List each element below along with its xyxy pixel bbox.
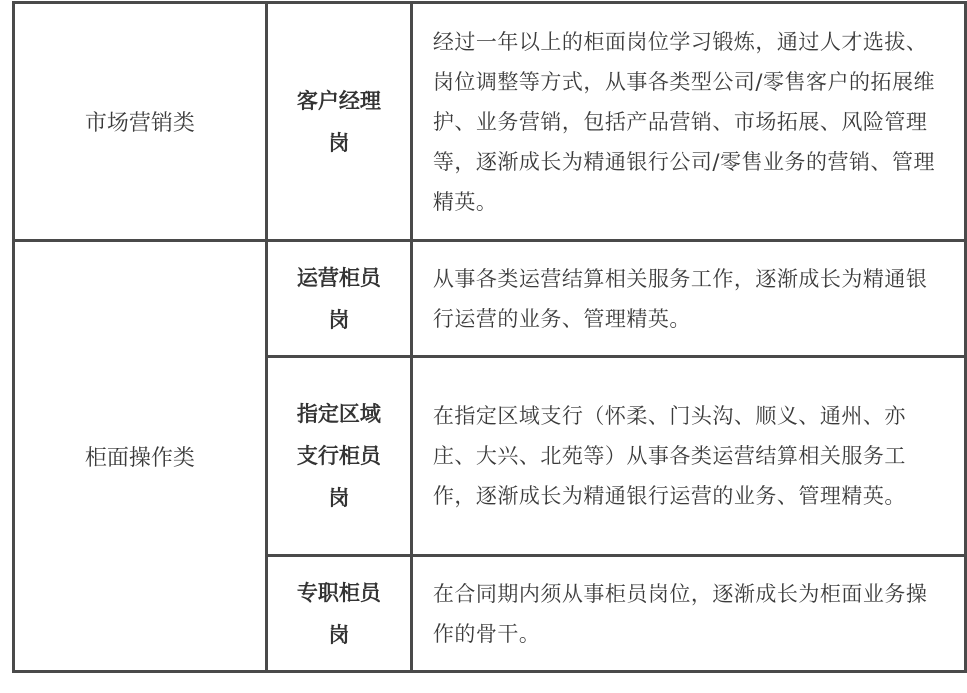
post-name-line: 岗 <box>268 299 410 341</box>
post-name-line: 运营柜员 <box>268 257 410 299</box>
description-cell: 在合同期内须从事柜员岗位，逐渐成长为柜面业务操作的骨干。 <box>411 556 965 672</box>
table-row: 市场营销类 客户经理 岗 经过一年以上的柜面岗位学习锻炼，通过人才选拔、岗位调整… <box>14 3 966 241</box>
table-row: 柜面操作类 运营柜员 岗 从事各类运营结算相关服务工作，逐渐成长为精通银行运营的… <box>14 241 966 357</box>
post-name-line: 指定区域 <box>268 393 410 435</box>
post-name-cell: 专职柜员 岗 <box>266 556 411 672</box>
post-name-cell: 客户经理 岗 <box>266 3 411 241</box>
description-cell: 在指定区域支行（怀柔、门头沟、顺义、通州、亦庄、大兴、北苑等）从事各类运营结算相… <box>411 357 965 556</box>
post-name-line: 客户经理 <box>268 80 410 122</box>
category-cell: 市场营销类 <box>14 3 267 241</box>
post-name-line: 岗 <box>268 477 410 519</box>
post-name-cell: 运营柜员 岗 <box>266 241 411 357</box>
category-cell: 柜面操作类 <box>14 241 267 672</box>
post-name-cell: 指定区域 支行柜员 岗 <box>266 357 411 556</box>
job-positions-table: 市场营销类 客户经理 岗 经过一年以上的柜面岗位学习锻炼，通过人才选拔、岗位调整… <box>12 1 967 673</box>
post-name-line: 岗 <box>268 122 410 164</box>
post-name-line: 岗 <box>268 614 410 656</box>
post-name-line: 支行柜员 <box>268 435 410 477</box>
post-name-line: 专职柜员 <box>268 572 410 614</box>
description-cell: 经过一年以上的柜面岗位学习锻炼，通过人才选拔、岗位调整等方式，从事各类型公司/零… <box>411 3 965 241</box>
description-cell: 从事各类运营结算相关服务工作，逐渐成长为精通银行运营的业务、管理精英。 <box>411 241 965 357</box>
